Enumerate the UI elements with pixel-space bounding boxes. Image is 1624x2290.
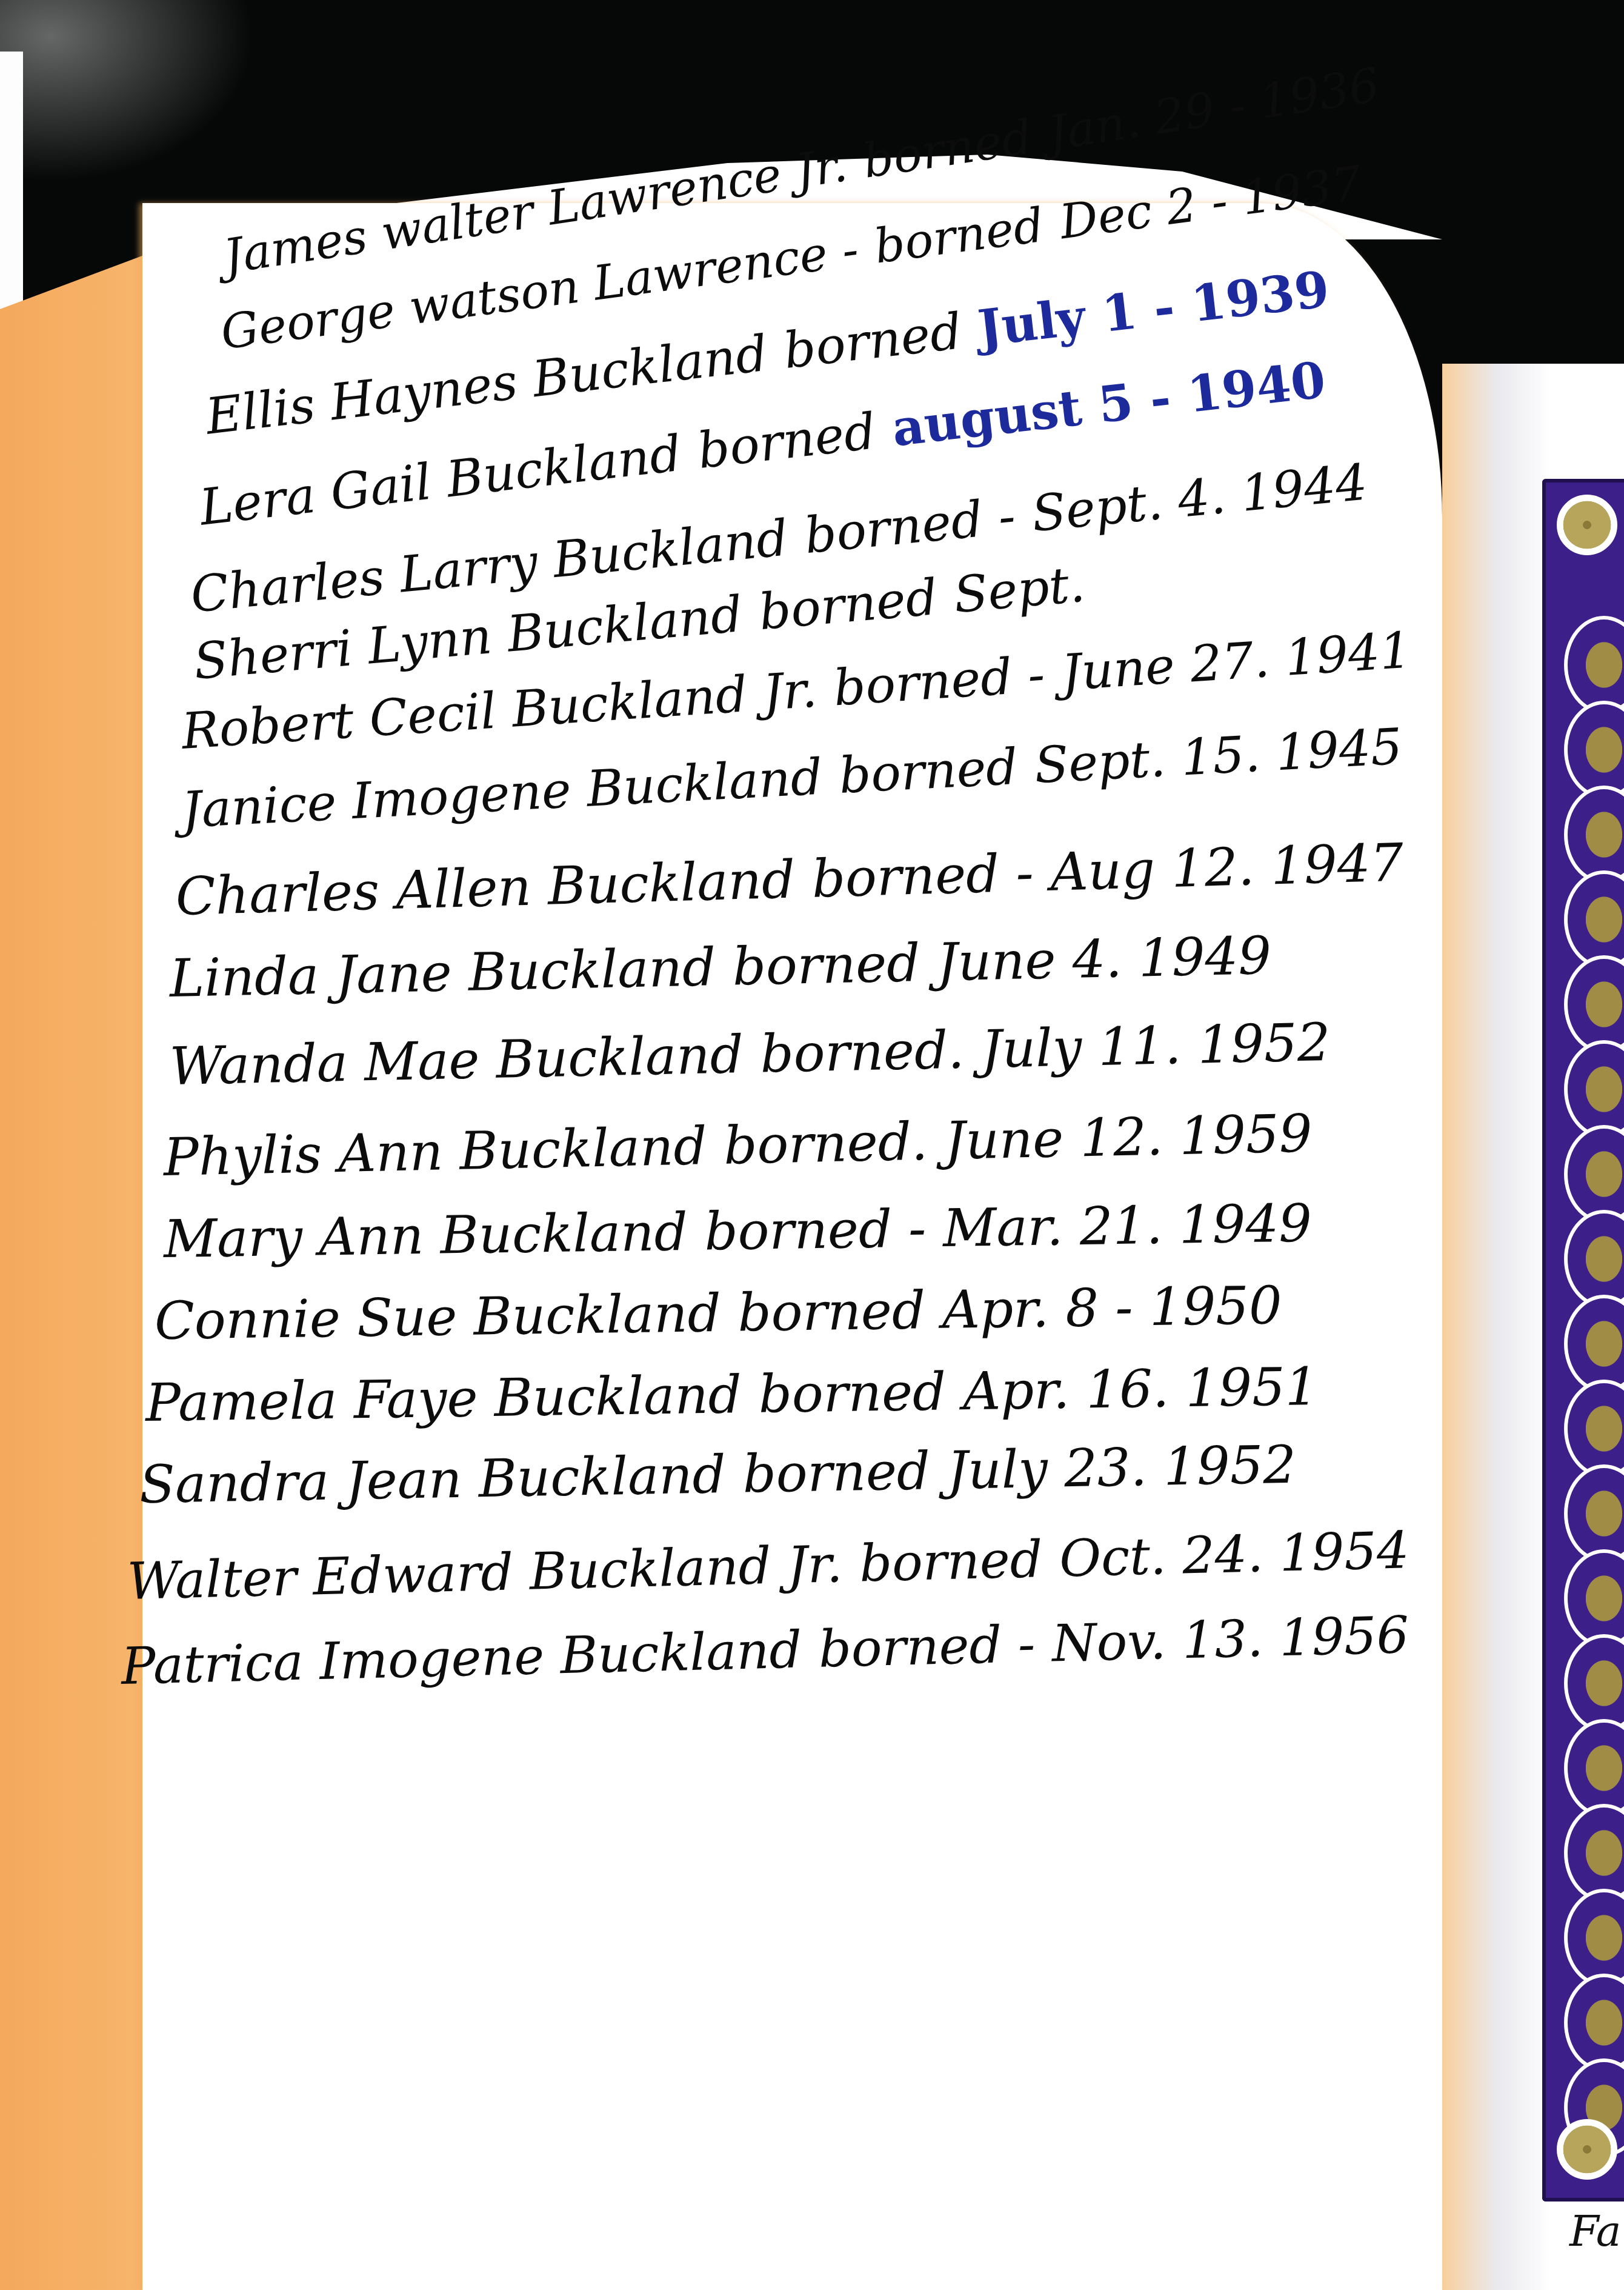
entry-birth-date: Mar. 21. 1949: [943, 1193, 1313, 1259]
entry-birth-date: Dec 2 - 1937: [1057, 156, 1365, 250]
spacer: [1034, 150, 1051, 152]
entry-birth-date: Apr. 16. 1951: [962, 1357, 1319, 1422]
entry-verb: borned: [742, 1441, 931, 1504]
entry-verb: borned: [695, 402, 879, 480]
entry-verb: borned -: [802, 487, 1018, 565]
entry-verb: borned: [837, 738, 1019, 805]
entry-row: Walter Edward Buckland Jr.bornedOct. 24.…: [127, 1520, 1410, 1611]
entry-verb: borned: [732, 933, 920, 997]
entry-verb: borned: [859, 110, 1036, 189]
entry-row: Wanda Mae Bucklandborned.July 11. 1952: [169, 1012, 1331, 1097]
spacer: [1017, 531, 1034, 533]
entry-name: Janice Imogene Buckland: [181, 749, 824, 840]
entry-birth-date: Oct. 24. 1954: [1059, 1520, 1409, 1588]
spacer: [683, 468, 700, 470]
entry-row: Connie Sue BucklandbornedApr. 8 - 1950: [154, 1275, 1282, 1352]
entry-row: Pamela Faye BucklandbornedApr. 16. 1951: [145, 1357, 1319, 1434]
entry-verb: borned: [757, 569, 940, 641]
entry-name: Mary Ann Buckland: [163, 1202, 688, 1270]
entry-birth-date: Sept. 15. 1945: [1033, 718, 1404, 795]
entry-name: Lera Gail Buckland: [197, 425, 685, 537]
spacer: [823, 793, 840, 793]
spacer: [965, 1067, 982, 1068]
spacer: [707, 1164, 724, 1164]
entry-birth-date: Nov. 13. 1956: [1051, 1605, 1409, 1673]
entry-name: Walter Edward Buckland Jr.: [127, 1534, 844, 1611]
entry-name: Pamela Faye Buckland: [145, 1364, 742, 1434]
spacer: [843, 1581, 860, 1581]
entry-birth-date: Aug 12. 1947: [1050, 832, 1404, 903]
entry-name: Charles Allen Buckland: [175, 849, 796, 927]
spacer: [963, 346, 980, 348]
entry-birth-date: Jan. 29 - 1936: [1044, 58, 1383, 161]
entry-verb: borned -: [832, 646, 1047, 718]
entry-name: Phylis Ann Buckland: [163, 1116, 708, 1188]
entry-row: Charles Allen Bucklandborned -Aug 12. 19…: [175, 832, 1405, 927]
spacer: [849, 178, 866, 180]
spacer: [769, 368, 786, 370]
spacer: [1036, 1661, 1053, 1661]
entry-verb: borned.: [723, 1112, 928, 1177]
spacer: [1043, 1576, 1060, 1577]
entry-row: Mary Ann Bucklandborned -Mar. 21. 1949: [163, 1193, 1312, 1270]
entry-birth-date: July 23. 1952: [947, 1435, 1297, 1501]
entry-verb: borned: [781, 302, 965, 380]
entry-name: Linda Jane Buckland: [169, 937, 716, 1009]
spacer: [818, 705, 835, 706]
spacer: [939, 612, 956, 613]
spacer: [744, 1072, 760, 1073]
entry-birth-date: July 1 - 1939: [975, 260, 1332, 358]
spacer: [802, 1667, 819, 1667]
entry-verb: borned: [737, 1280, 926, 1343]
entry-row: Phylis Ann Bucklandborned.June 12. 1959: [163, 1103, 1313, 1188]
entry-birth-date: July 11. 1952: [980, 1012, 1331, 1080]
entry-birth-date: august 5 - 1940: [889, 351, 1328, 458]
entry-name: Sandra Jean Buckland: [139, 1444, 726, 1515]
entry-verb: borned: [758, 1362, 947, 1425]
entry-birth-date: June 12. 1959: [944, 1103, 1313, 1172]
entry-row: Patrica Imogene Bucklandborned -Nov. 13.…: [121, 1605, 1409, 1696]
spacer: [790, 553, 807, 555]
entry-birth-date: June 4. 1949: [936, 926, 1272, 993]
spacer: [920, 980, 937, 981]
spacer: [928, 1159, 945, 1160]
entry-verb: borned -: [818, 1614, 1036, 1679]
entry-verb: borned: [871, 198, 1047, 275]
entry-name: Connie Sue Buckland: [154, 1283, 721, 1352]
spacer: [1046, 690, 1063, 692]
entry-verb: borned -: [811, 843, 1034, 909]
entry-verb: borned.: [760, 1020, 965, 1085]
entry-row: Sandra Jean BucklandbornedJuly 23. 1952: [139, 1435, 1297, 1515]
entry-verb: borned: [859, 1529, 1043, 1593]
entry-name: Wanda Mae Buckland: [169, 1024, 744, 1097]
corner-fragment-text: Fa: [1569, 2206, 1622, 2256]
entry-verb: borned -: [704, 1198, 927, 1262]
entry-row: Linda Jane BucklandbornedJune 4. 1949: [169, 926, 1272, 1009]
spacer: [860, 263, 877, 265]
spacer: [716, 985, 733, 986]
spacer: [877, 446, 894, 448]
spacer: [744, 629, 760, 630]
entry-birth-date: Apr. 8 - 1950: [942, 1275, 1282, 1341]
birth-entries-list: James walter Lawrence Jr.bornedJan. 29 -…: [0, 0, 1624, 2290]
spacer: [1019, 783, 1036, 783]
spacer: [796, 897, 813, 898]
entry-birth-date: June 27. 1941: [1060, 621, 1413, 702]
spacer: [1045, 238, 1062, 241]
spacer: [1034, 890, 1051, 891]
entry-name: Patrica Imogene Buckland: [121, 1620, 802, 1696]
entry-birth-date: Sept. 4. 1944: [1029, 453, 1369, 543]
entry-birth-date: Sept.: [951, 556, 1087, 624]
